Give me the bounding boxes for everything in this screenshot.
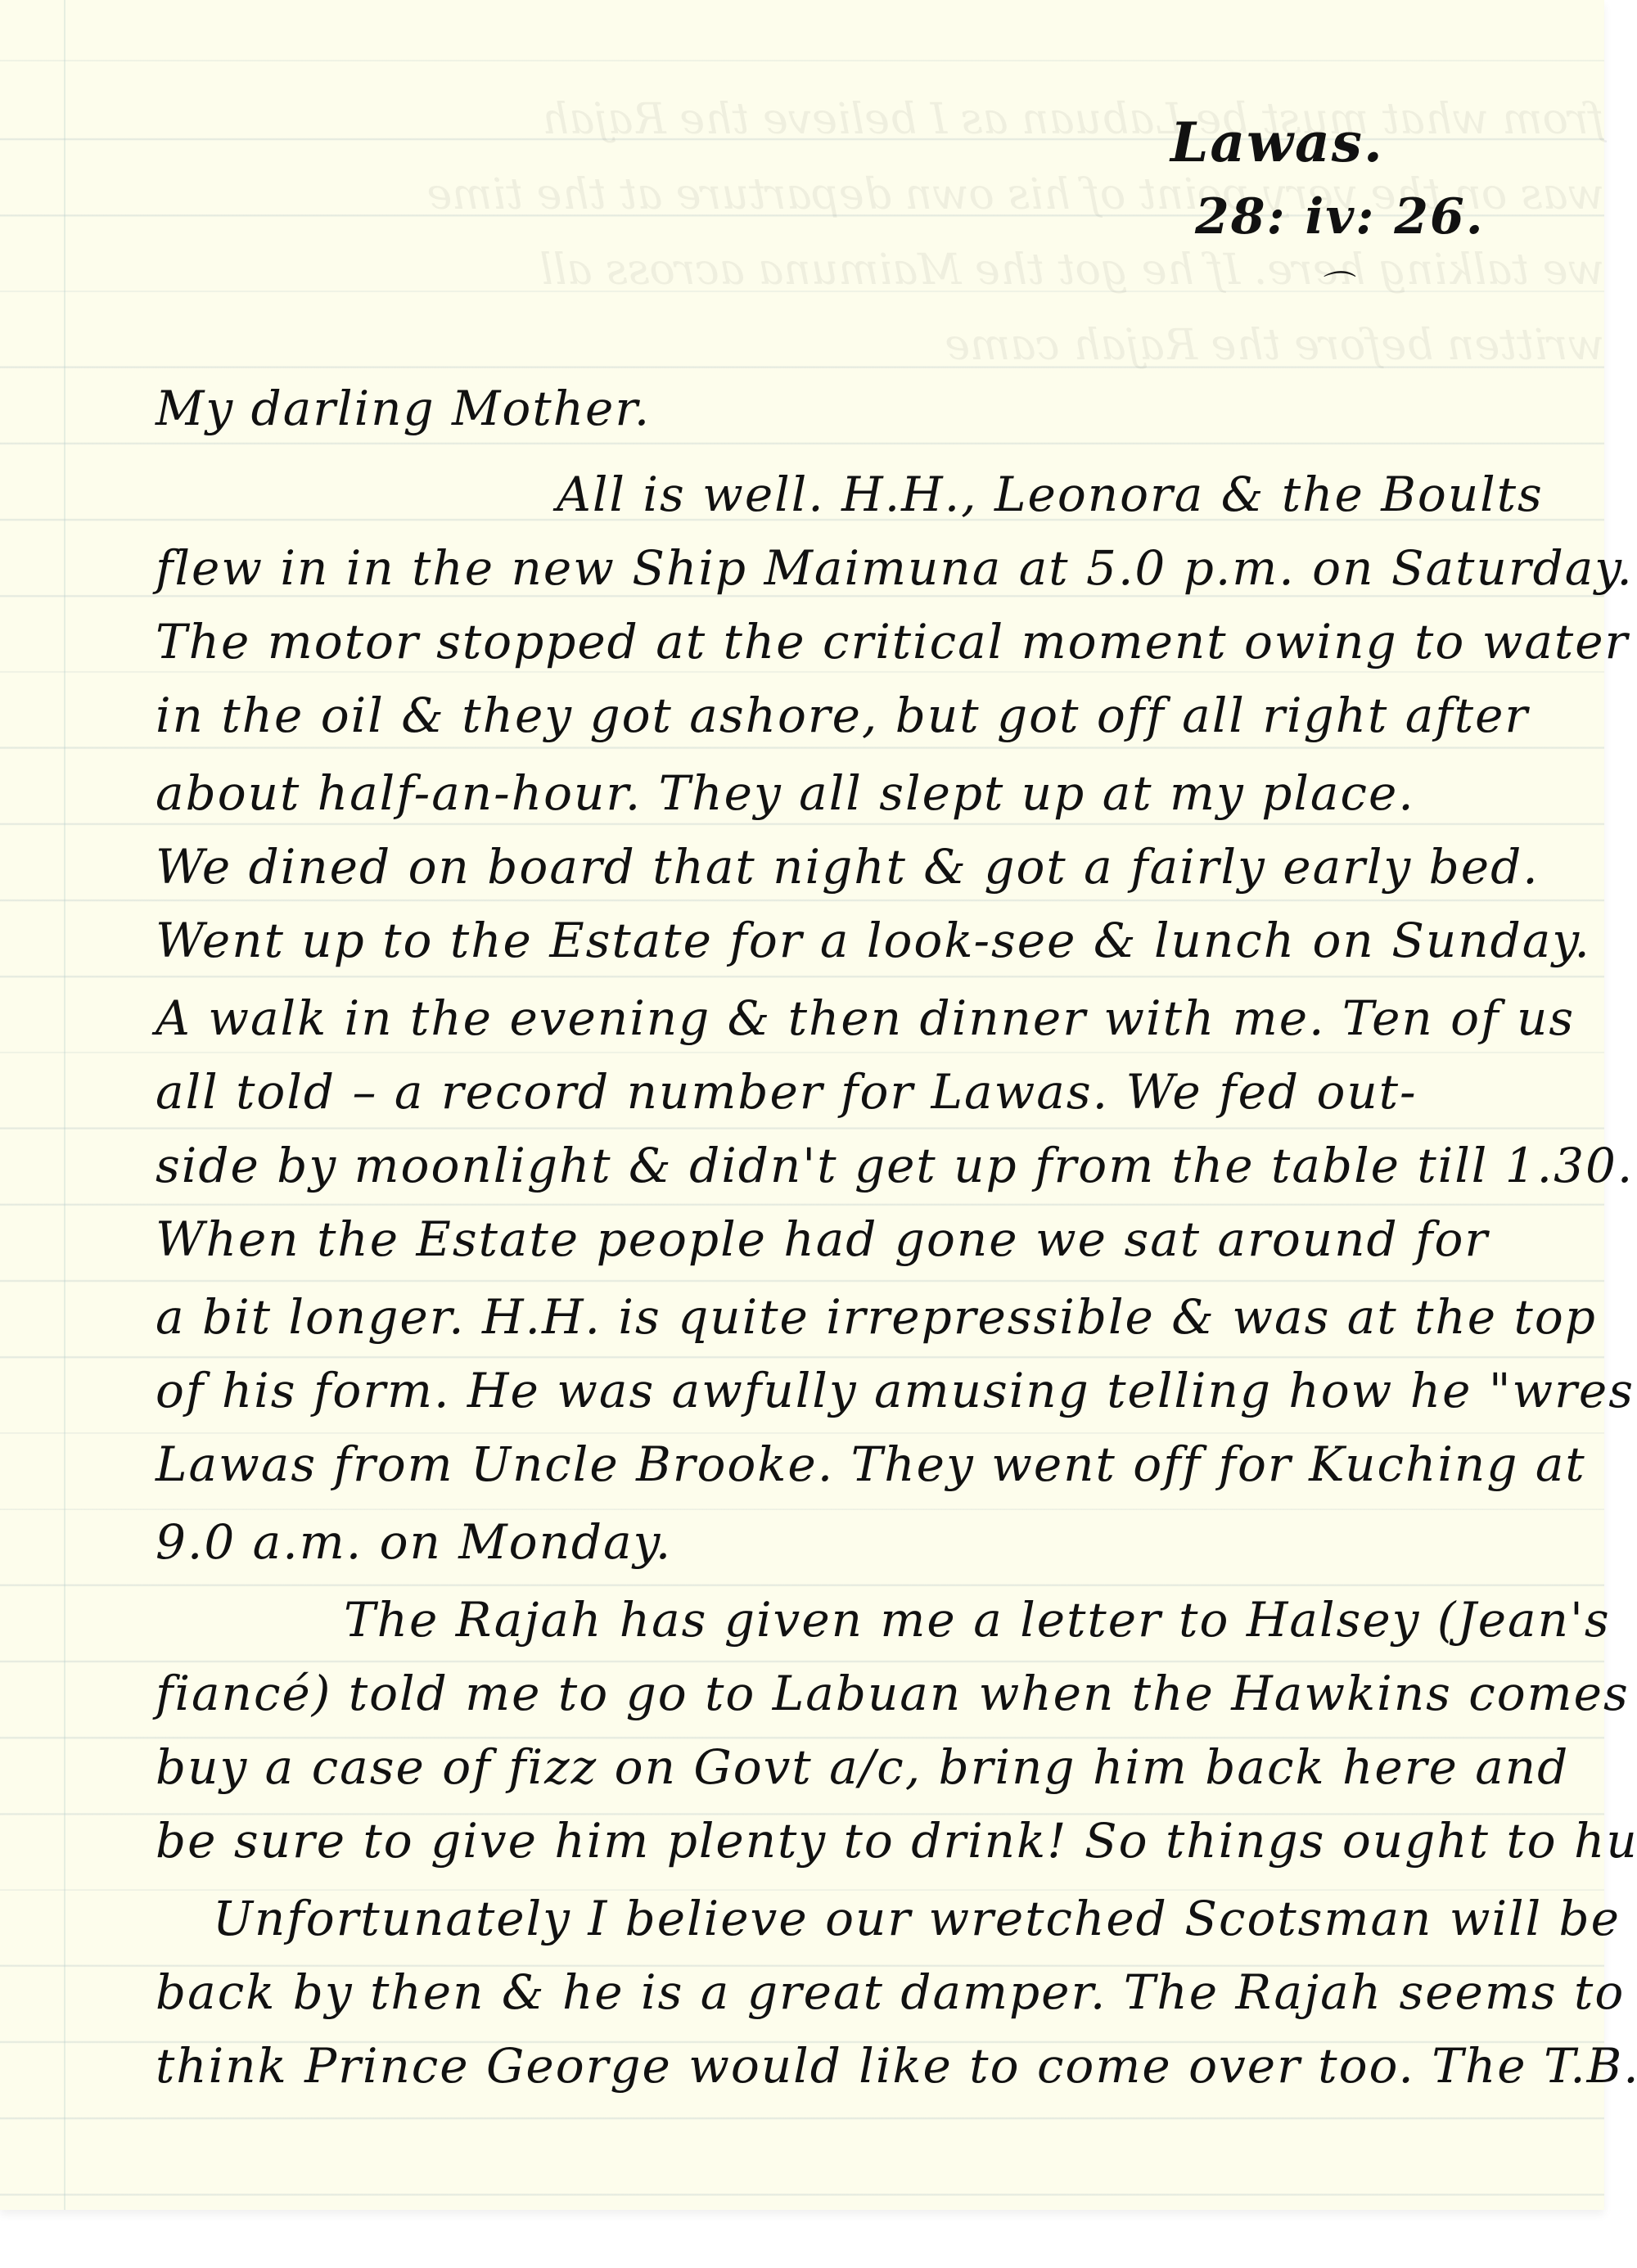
letter-line: think Prince George would like to come o… [156, 2038, 1637, 2094]
letter-line: Lawas from Uncle Brooke. They went off f… [156, 1436, 1586, 1492]
letter-line: all told – a record number for Lawas. We… [156, 1064, 1418, 1120]
letter-line: a bit longer. H.H. is quite irrepressibl… [156, 1289, 1597, 1345]
letter-line: fiancé) told me to go to Labuan when the… [156, 1666, 1637, 1721]
letter-line: A walk in the evening & then dinner with… [156, 990, 1575, 1046]
letter-line: When the Estate people had gone we sat a… [156, 1211, 1489, 1267]
letter-line: 9.0 a.m. on Monday. [156, 1514, 672, 1570]
letter-line: in the oil & they got ashore, but got of… [156, 688, 1529, 743]
margin-rule [64, 0, 65, 2210]
letter-line: All is well. H.H., Leonora & the Boults [557, 467, 1544, 522]
letter-line: The Rajah has given me a letter to Halse… [344, 1592, 1611, 1648]
letter-line: side by moonlight & didn't get up from t… [156, 1138, 1634, 1193]
letter-line: back by then & he is a great damper. The… [156, 1964, 1625, 2020]
letter-page: from what must be Labuan as I believe th… [0, 0, 1604, 2210]
letter-line: of his form. He was awfully amusing tell… [156, 1363, 1637, 1418]
letter-line: Unfortunately I believe our wretched Sco… [213, 1891, 1621, 1946]
date-flourish: ⌒ [1318, 262, 1352, 309]
letter-line: Went up to the Estate for a look-see & l… [156, 913, 1591, 968]
letter-line: about half-an-hour. They all slept up at… [156, 765, 1415, 821]
letter-date: 28: iv: 26. [1195, 188, 1485, 246]
letter-line: be sure to give him plenty to drink! So … [156, 1813, 1637, 1869]
letter-line: flew in in the new Ship Maimuna at 5.0 p… [156, 540, 1634, 596]
salutation: My darling Mother. [156, 381, 651, 436]
letter-line: We dined on board that night & got a fai… [156, 839, 1540, 895]
letter-line: The motor stopped at the critical moment… [156, 614, 1629, 670]
letter-line: buy a case of fizz on Govt a/c, bring hi… [156, 1739, 1569, 1795]
letter-place: Lawas. [1170, 110, 1384, 174]
